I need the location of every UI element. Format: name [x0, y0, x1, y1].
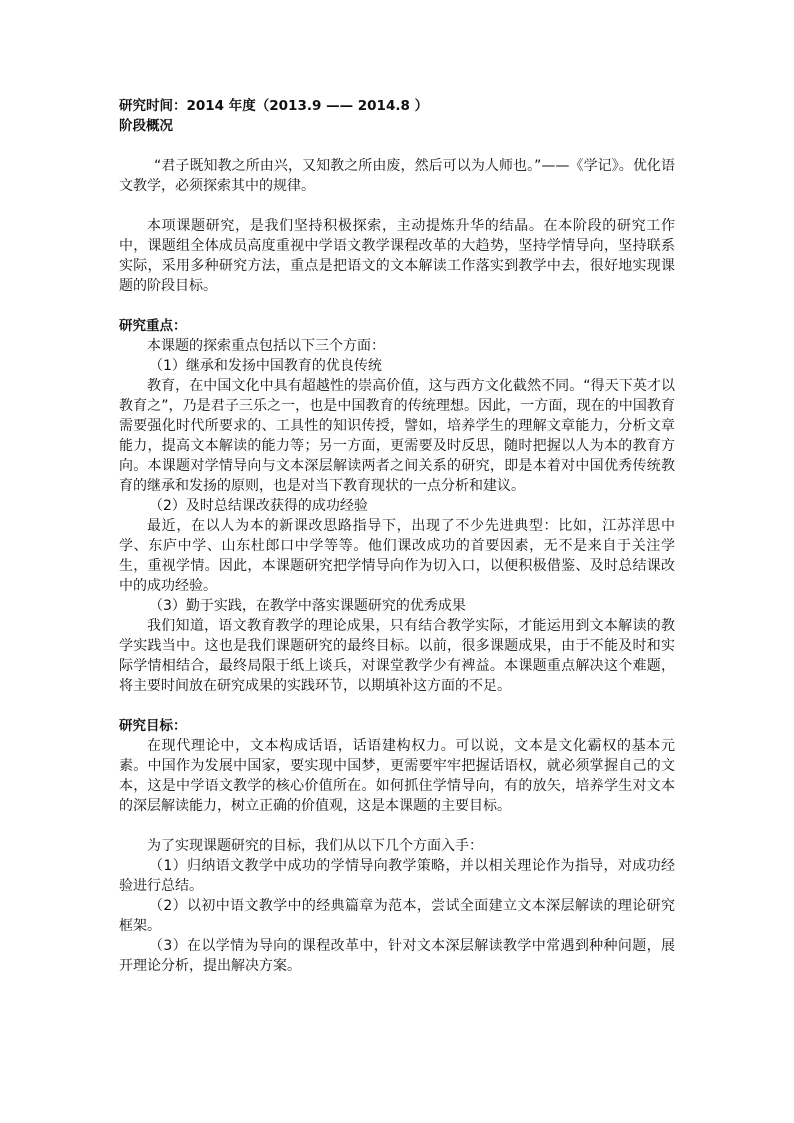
approach-item-1: （1）归纳语文教学中成功的学情导向教学策略，并以相关理论作为指导，对成功经验进行…	[119, 856, 675, 896]
approach-item-2: （2）以初中语文教学中的经典篇章为范本，尝试全面建立文本深层解读的理论研究框架。	[119, 896, 675, 936]
document-page: 研究时间：2014 年度（2013.9 —— 2014.8 ） 阶段概况 “君子…	[119, 96, 675, 976]
approach-item-3: （3）在以学情为导向的课程改革中，针对文本深层解读教学中常遇到种种问题，展开理论…	[119, 936, 675, 976]
key-points-heading: 研究重点：	[119, 316, 675, 336]
key-point-body-2: 最近，在以人为本的新课改思路指导下，出现了不少先进典型：比如，江苏洋思中学、东庐…	[119, 516, 675, 596]
spacer	[119, 136, 675, 156]
spacer	[119, 196, 675, 216]
key-point-body-3: 我们知道，语文教育教学的理论成果，只有结合教学实际，才能运用到文本解读的教学实践…	[119, 616, 675, 696]
spacer	[119, 696, 675, 716]
key-points-intro: 本课题的探索重点包括以下三个方面：	[119, 336, 675, 356]
overview-heading: 阶段概况	[119, 116, 675, 136]
goals-heading: 研究目标：	[119, 716, 675, 736]
key-point-heading-2: （2）及时总结课改获得的成功经验	[119, 496, 675, 516]
goals-body: 在现代理论中，文本构成话语，话语建构权力。可以说，文本是文化霸权的基本元素。中国…	[119, 736, 675, 816]
spacer	[119, 816, 675, 836]
key-point-body-1: 教育，在中国文化中具有超越性的崇高价值，这与西方文化截然不同。“得天下英才以教育…	[119, 376, 675, 496]
quote-paragraph: “君子既知教之所由兴，又知教之所由废，然后可以为人师也。”——《学记》。优化语文…	[119, 156, 675, 196]
research-period-heading: 研究时间：2014 年度（2013.9 —— 2014.8 ）	[119, 96, 675, 116]
key-point-heading-1: （1）继承和发扬中国教育的优良传统	[119, 356, 675, 376]
summary-paragraph: 本项课题研究，是我们坚持积极探索，主动提炼升华的结晶。在本阶段的研究工作中，课题…	[119, 216, 675, 296]
approach-intro: 为了实现课题研究的目标，我们从以下几个方面入手：	[119, 836, 675, 856]
key-point-heading-3: （3）勤于实践，在教学中落实课题研究的优秀成果	[119, 596, 675, 616]
spacer	[119, 296, 675, 316]
